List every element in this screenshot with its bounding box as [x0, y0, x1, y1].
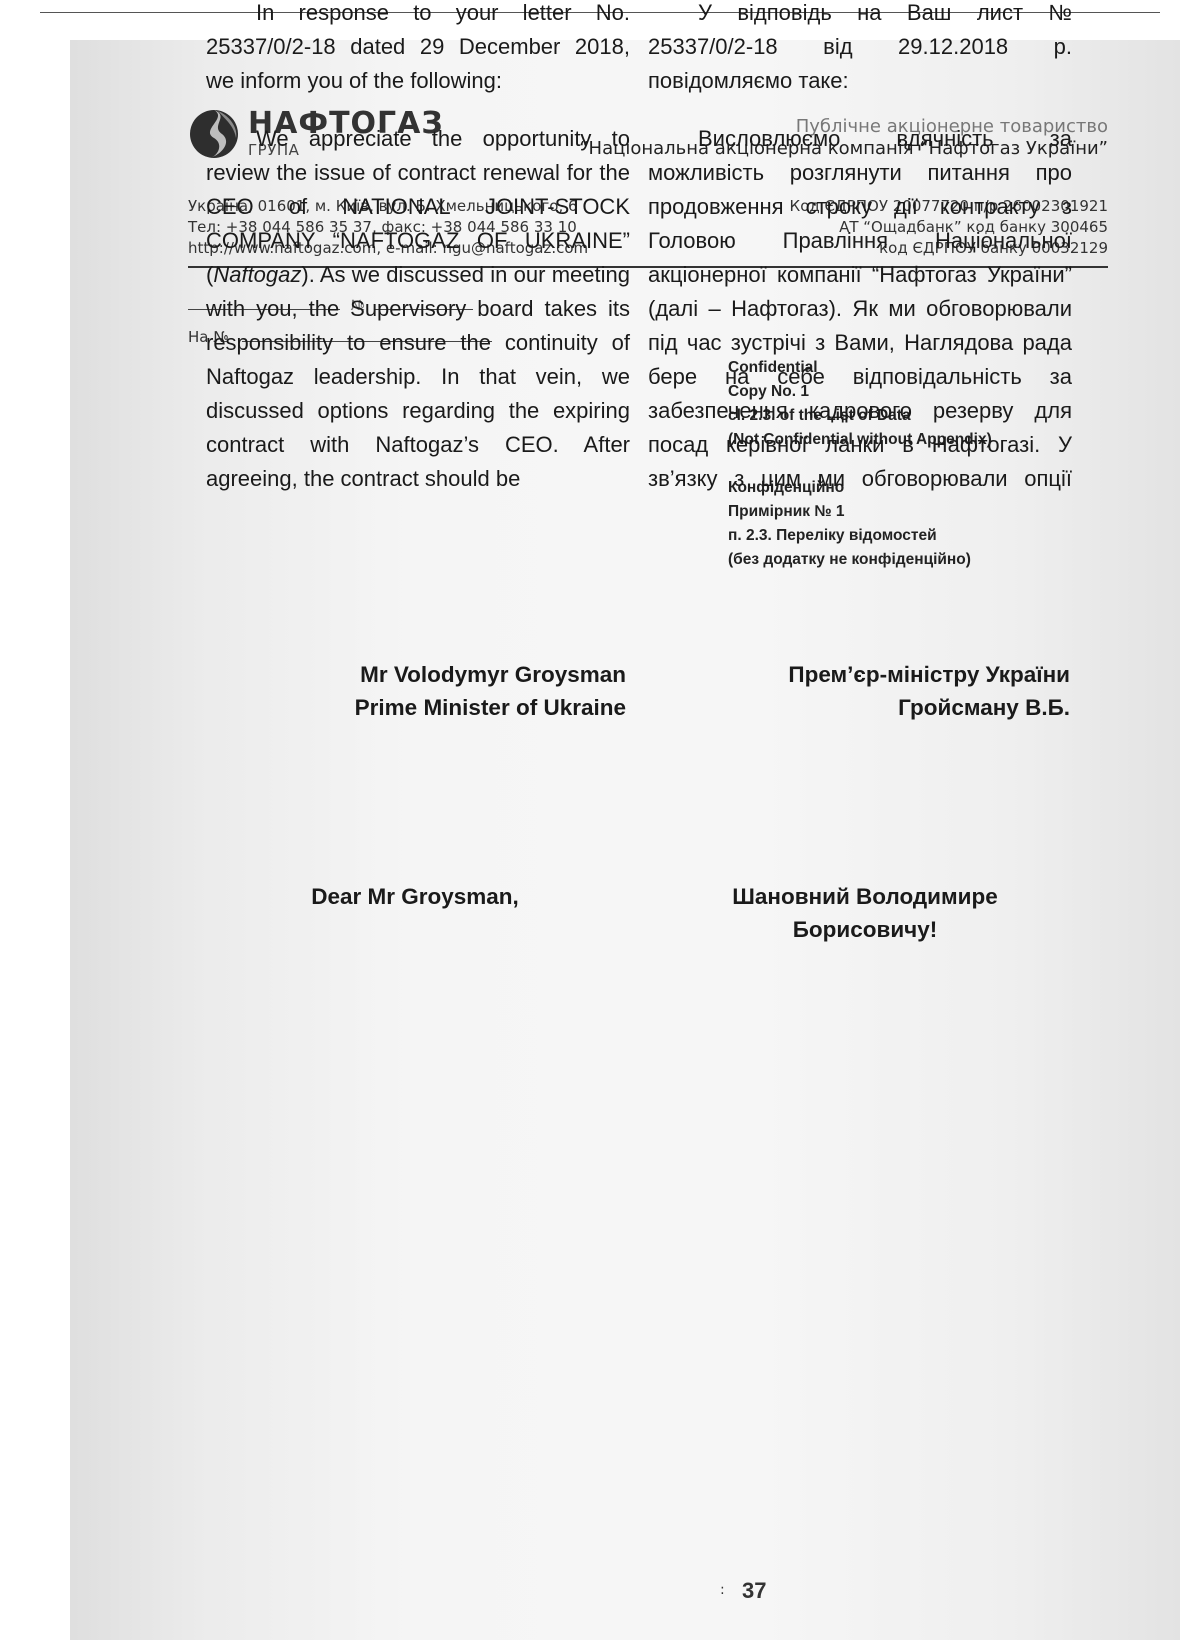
- paragraph-contract: We appreciate the opportunity to review …: [206, 122, 630, 496]
- paragraph-contract: Висловлюємо вдячність за можливість розг…: [648, 122, 1072, 496]
- addressee-title: Prime Minister of Ukraine: [288, 691, 626, 724]
- salutation-line: Шановний Володимире: [680, 880, 1050, 913]
- paragraph-reply: In response to your letter No. 25337/0/2…: [206, 0, 630, 98]
- addressee-en: Mr Volodymyr Groysman Prime Minister of …: [288, 658, 626, 724]
- appendix-note: (без додатку не конфіденційно): [728, 548, 971, 572]
- salutation-uk: Шановний Володимире Борисовичу!: [680, 880, 1050, 946]
- text-segment: ). As we discussed in our meeting with y…: [206, 262, 630, 491]
- naftogaz-abbrev: Naftogaz: [213, 262, 301, 287]
- addressee-name: Mr Volodymyr Groysman: [288, 658, 626, 691]
- addressee-title: Прем’єр-міністру України: [660, 658, 1070, 691]
- salutation-en: Dear Mr Groysman,: [200, 880, 630, 913]
- copy-number: Примірник № 1: [728, 500, 971, 524]
- addressee-uk: Прем’єр-міністру України Гройсману В.Б.: [660, 658, 1070, 724]
- addressee-name: Гройсману В.Б.: [660, 691, 1070, 724]
- page-number: 37: [742, 1578, 766, 1604]
- letter-page: НАФТОГАЗ ГРУПА Публічне акціонерне товар…: [0, 0, 1200, 1650]
- paragraph-reply: У відповідь на Ваш лист № 25337/0/2-18 в…: [648, 0, 1072, 98]
- salutation-line: Борисовичу!: [680, 913, 1050, 946]
- scan-marks: :: [720, 1582, 725, 1598]
- list-clause: п. 2.3. Переліку відомостей: [728, 524, 971, 548]
